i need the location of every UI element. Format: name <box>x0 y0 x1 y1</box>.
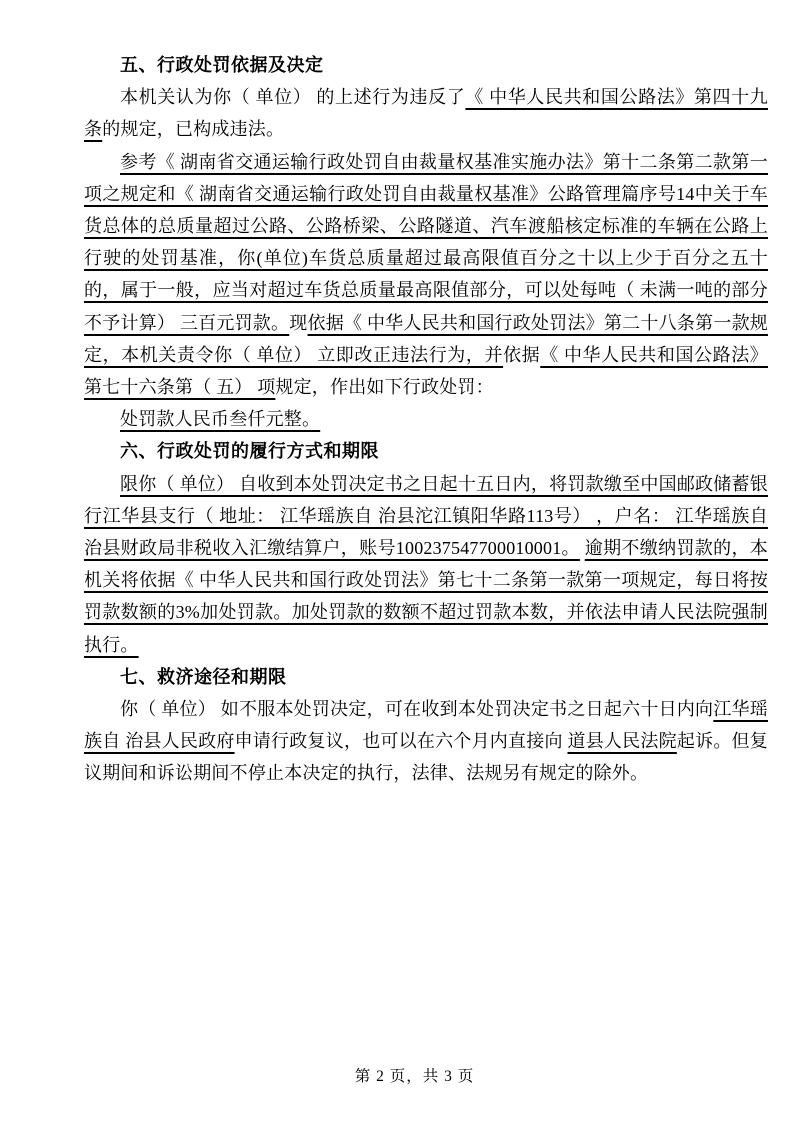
page-number-text: 第 2 页，共 3 页 <box>355 1068 475 1085</box>
text-run: 依据 <box>503 345 540 365</box>
section-heading: 七、救济途径和期限 <box>84 661 768 693</box>
paragraph: 限你（ 单位） 自收到本处罚决定书之日起十五日内，将罚款缴至中国邮政储蓄银行江华… <box>84 468 768 661</box>
text-run: 规定，作出如下行政处罚： <box>275 377 493 397</box>
paragraph: 你（ 单位） 如不服本处罚决定，可在收到本处罚决定书之日起六十日内向江华瑶族自 … <box>84 693 768 790</box>
text-run: 你（ 单位） 如不服本处罚决定，可在收到本处罚决定书之日起六十日内向 <box>120 699 713 719</box>
text-run: 现 <box>289 313 307 333</box>
section-heading: 五、行政处罚依据及决定 <box>84 49 768 81</box>
paragraph: 处罚款人民币叁仟元整。 <box>84 403 768 435</box>
paragraph: 参考《 湖南省交通运输行政处罚自由裁量权基准实施办法》第十二条第二款第一项之规定… <box>84 146 768 404</box>
page-footer: 第 2 页，共 3 页 <box>0 1066 793 1088</box>
text-run: 申请行政复议，也可以在六个月内直接向 <box>235 731 568 751</box>
document-page: 五、行政处罚依据及决定本机关认为你（ 单位） 的上述行为违反了《 中华人民共和国… <box>0 0 793 1122</box>
text-run: 本机关认为你（ 单位） 的上述行为违反了 <box>120 87 465 107</box>
section-heading: 六、行政处罚的履行方式和期限 <box>84 435 768 467</box>
underlined-text-run: 参考《 湖南省交通运输行政处罚自由裁量权基准实施办法》第十二条第二款第一项之规定… <box>84 152 768 333</box>
text-run: 的规定，已构成违法。 <box>102 119 284 139</box>
underlined-text-run: 处罚款人民币叁仟元整。 <box>120 409 320 429</box>
underlined-text-run: 道县人民法院 <box>567 731 676 751</box>
paragraph: 本机关认为你（ 单位） 的上述行为违反了《 中华人民共和国公路法》第四十九条的规… <box>84 81 768 145</box>
document-body: 五、行政处罚依据及决定本机关认为你（ 单位） 的上述行为违反了《 中华人民共和国… <box>84 49 768 790</box>
